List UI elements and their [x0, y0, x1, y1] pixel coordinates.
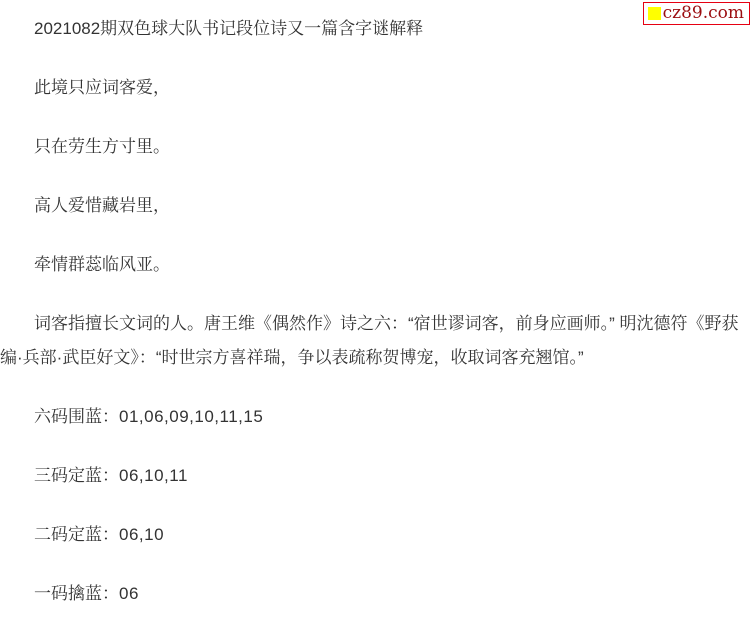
- prediction-line-two-code: 二码定蓝：06,10: [0, 518, 746, 552]
- logo-yellow-square-icon: [648, 7, 661, 20]
- explanation-paragraph: 词客指擅长文词的人。唐王维《偶然作》诗之六：“宿世谬词客，前身应画师。” 明沈德…: [0, 307, 746, 375]
- article-title: 2021082期双色球大队书记段位诗又一篇含字谜解释: [0, 12, 746, 46]
- prediction-numbers: 06,10,11: [119, 466, 188, 485]
- article-page: cz89.com 2021082期双色球大队书记段位诗又一篇含字谜解释 此境只应…: [0, 0, 754, 634]
- site-logo[interactable]: cz89.com: [643, 2, 750, 25]
- prediction-label: 六码围蓝：: [34, 407, 119, 426]
- prediction-label: 三码定蓝：: [34, 466, 119, 485]
- poem-line-2: 只在劳生方寸里。: [0, 130, 746, 164]
- prediction-numbers: 06,10: [119, 525, 164, 544]
- prediction-numbers: 01,06,09,10,11,15: [119, 407, 263, 426]
- prediction-numbers: 06: [119, 584, 139, 603]
- site-logo-text: cz89.com: [663, 5, 744, 22]
- prediction-line-six-code: 六码围蓝：01,06,09,10,11,15: [0, 400, 746, 434]
- prediction-label: 一码擒蓝：: [34, 584, 119, 603]
- poem-line-3: 高人爱惜藏岩里，: [0, 189, 746, 223]
- poem-line-4: 牵情群蕊临风亚。: [0, 248, 746, 282]
- poem-line-1: 此境只应词客爱，: [0, 71, 746, 105]
- prediction-line-three-code: 三码定蓝：06,10,11: [0, 459, 746, 493]
- prediction-label: 二码定蓝：: [34, 525, 119, 544]
- prediction-line-one-code: 一码擒蓝：06: [0, 577, 746, 611]
